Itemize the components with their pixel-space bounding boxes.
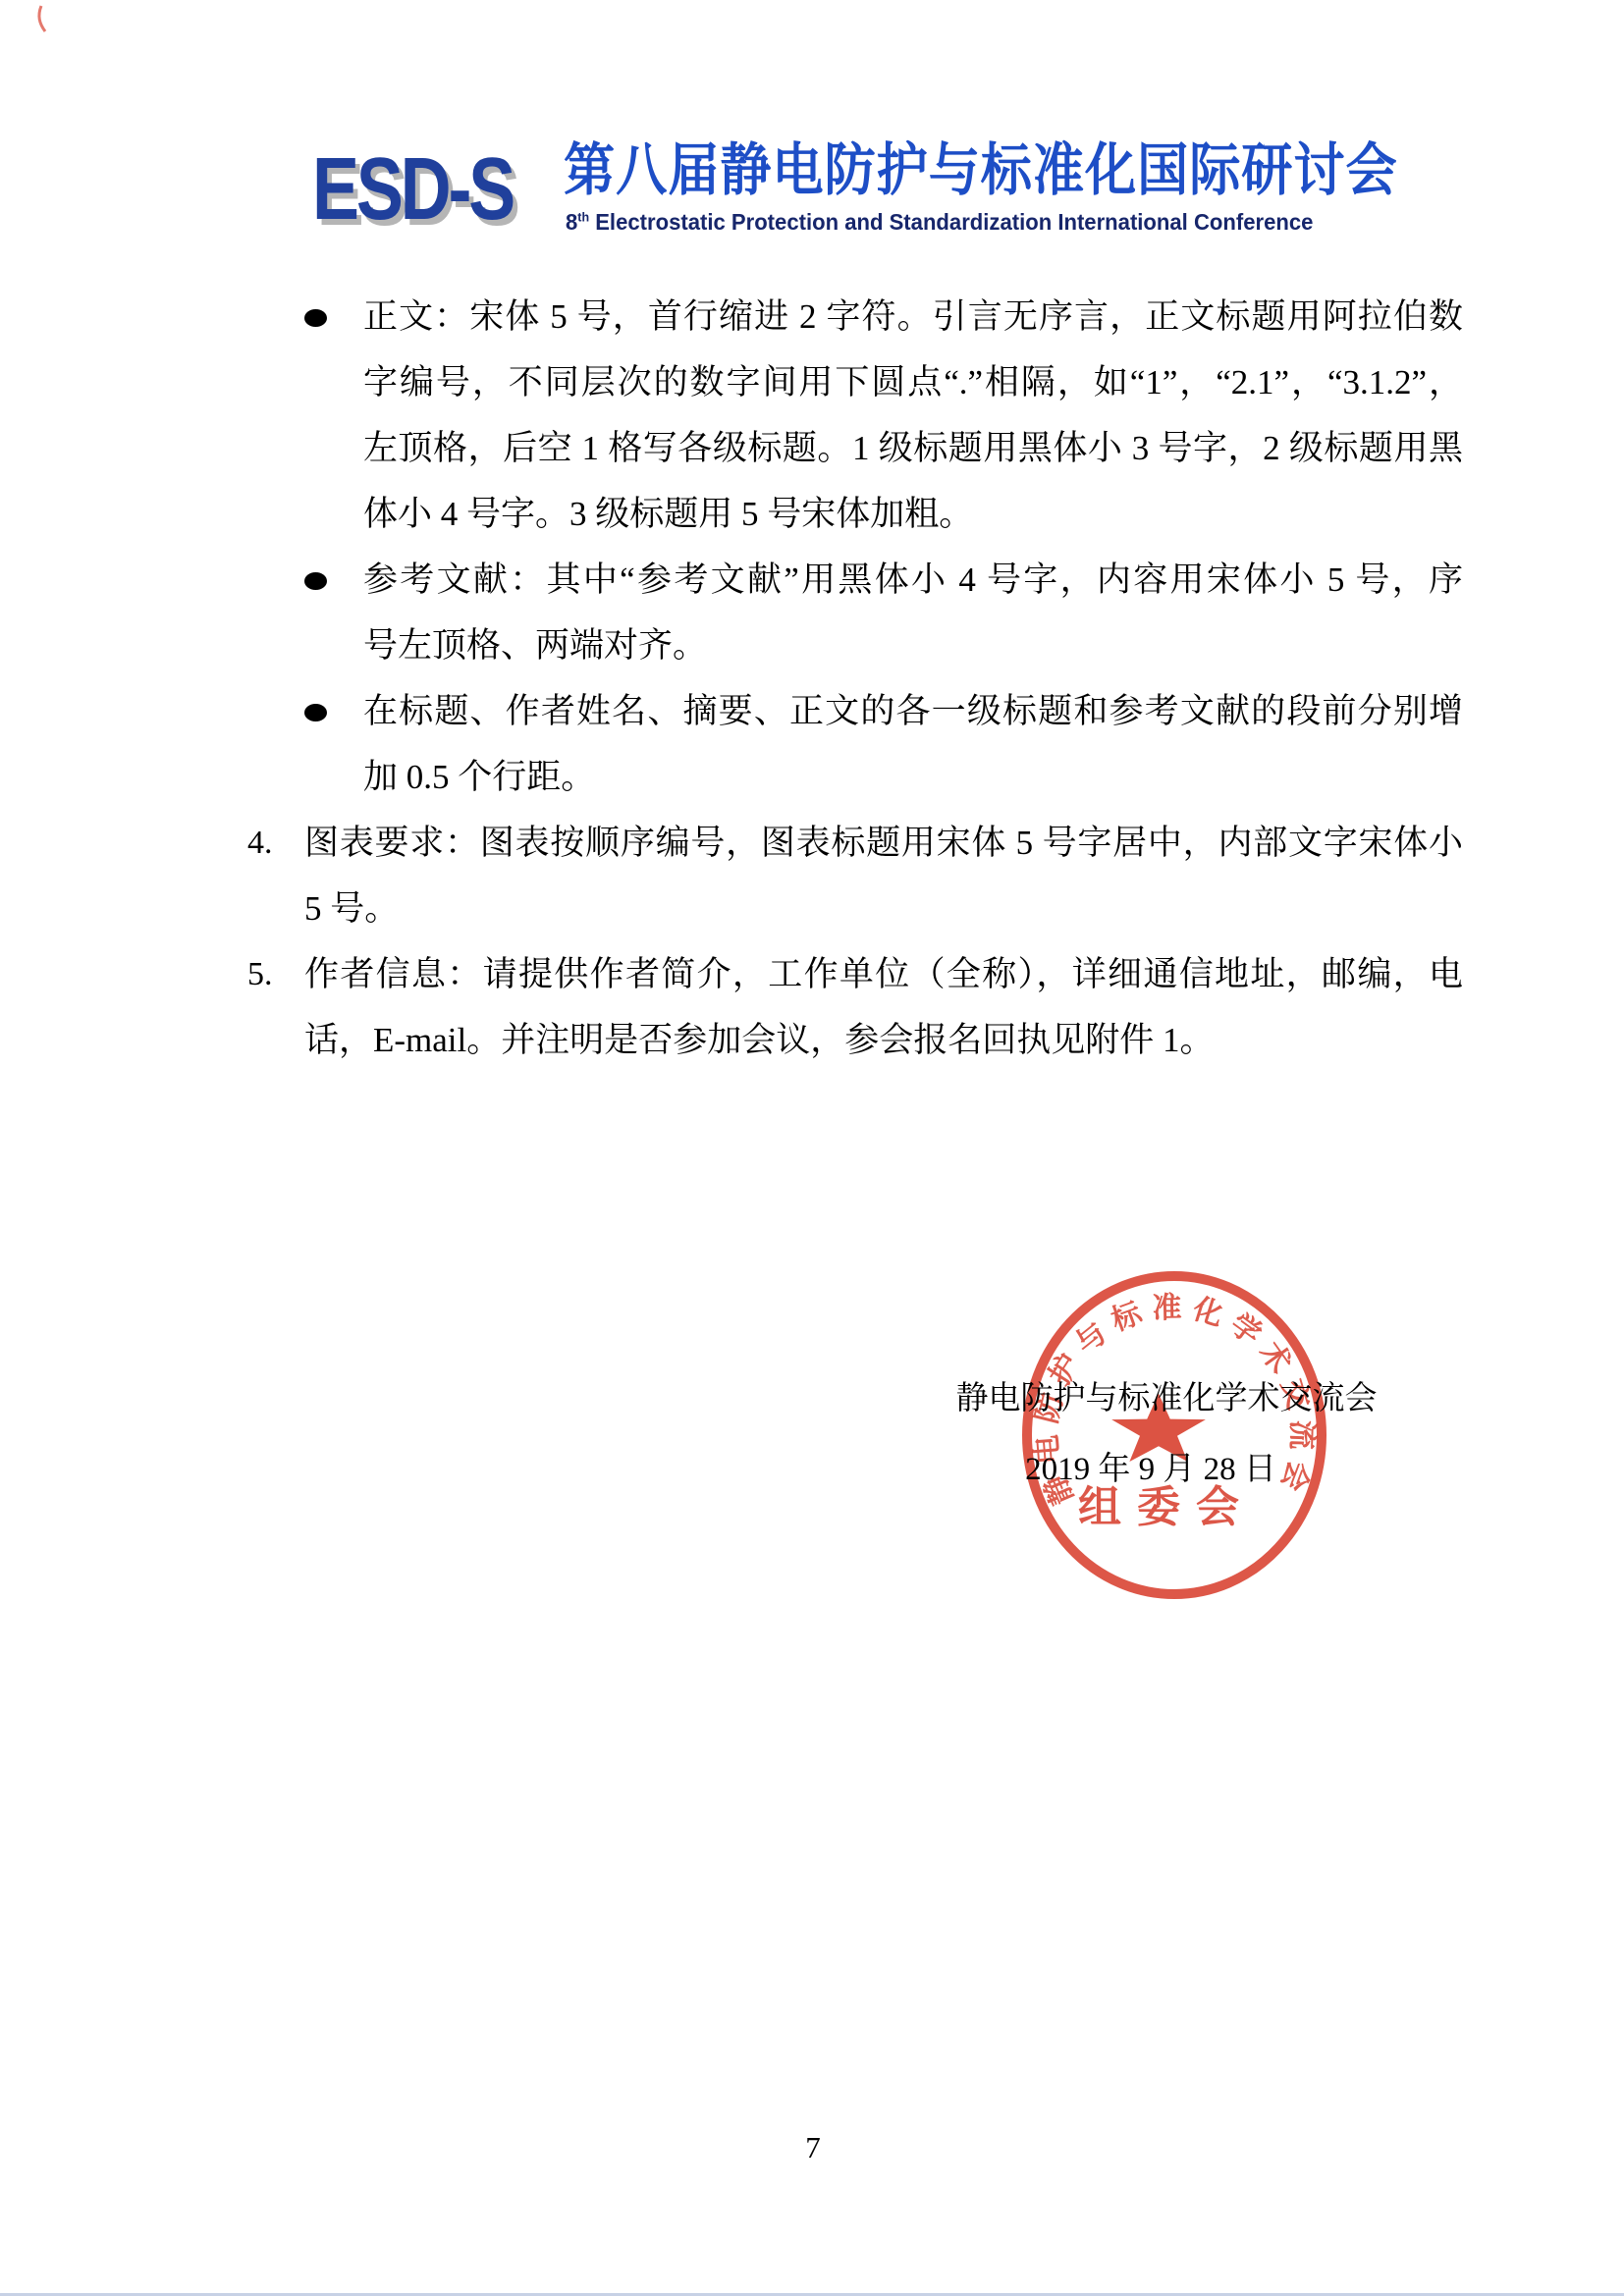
document-page: ESD-S 第八届静电防护与标准化国际研讨会 8th Electrostatic… xyxy=(0,0,1624,2296)
body-line: 话，E-mail。并注明是否参加会议，参会报名回执见附件 1。 xyxy=(304,1018,1215,1069)
bullet-icon xyxy=(304,572,327,590)
body-line: 体小 4 号字。3 级标题用 5 号宋体加粗。 xyxy=(363,492,973,543)
body-line: 在标题、作者姓名、摘要、正文的各一级标题和参考文献的段前分别增 xyxy=(363,689,1463,740)
bullet-icon xyxy=(304,704,327,721)
item-number: 5. xyxy=(247,952,273,1003)
body-line: 作者信息：请提供作者简介，工作单位（全称），详细通信地址，邮编，电 xyxy=(304,952,1463,1003)
body-line: 5 号。 xyxy=(304,886,399,937)
subtitle-text: Electrostatic Protection and Standardiza… xyxy=(589,209,1313,235)
conference-title-english: 8th Electrostatic Protection and Standar… xyxy=(566,210,1313,235)
item-number: 4. xyxy=(247,821,273,872)
body-text: 正文：宋体 5 号，首行缩进 2 字符。引言无序言，正文标题用阿拉伯数字编号，不… xyxy=(245,294,1463,1099)
body-line: 左顶格，后空 1 格写各级标题。1 级标题用黑体小 3 号字，2 级标题用黑 xyxy=(363,426,1463,477)
body-line: 图表要求：图表按顺序编号，图表标题用宋体 5 号字居中，内部文字宋体小 xyxy=(304,821,1463,872)
body-line: 号左顶格、两端对齐。 xyxy=(363,623,707,674)
scan-artifact xyxy=(27,2,67,41)
body-line: 加 0.5 个行距。 xyxy=(363,755,595,806)
page-number: 7 xyxy=(791,2130,835,2165)
signature-date: 2019 年 9 月 28 日 xyxy=(1025,1449,1276,1491)
signature-organization: 静电防护与标准化学术交流会 xyxy=(956,1378,1378,1420)
committee-stamp: 静电防护与标准化学术交流会 组委会 xyxy=(1011,1264,1337,1608)
subtitle-ordinal: th xyxy=(577,209,589,224)
body-line: 字编号，不同层次的数字间用下圆点“.”相隔，如“1”，“2.1”，“3.1.2”… xyxy=(363,360,1463,411)
subtitle-number: 8 xyxy=(566,209,577,235)
body-line: 正文：宋体 5 号，首行缩进 2 字符。引言无序言，正文标题用阿拉伯数 xyxy=(363,294,1463,346)
esd-s-logo: ESD-S xyxy=(312,145,513,234)
conference-title-chinese: 第八届静电防护与标准化国际研讨会 xyxy=(564,141,1398,201)
bullet-icon xyxy=(304,309,327,327)
body-line: 参考文献：其中“参考文献”用黑体小 4 号字，内容用宋体小 5 号，序 xyxy=(363,558,1463,609)
